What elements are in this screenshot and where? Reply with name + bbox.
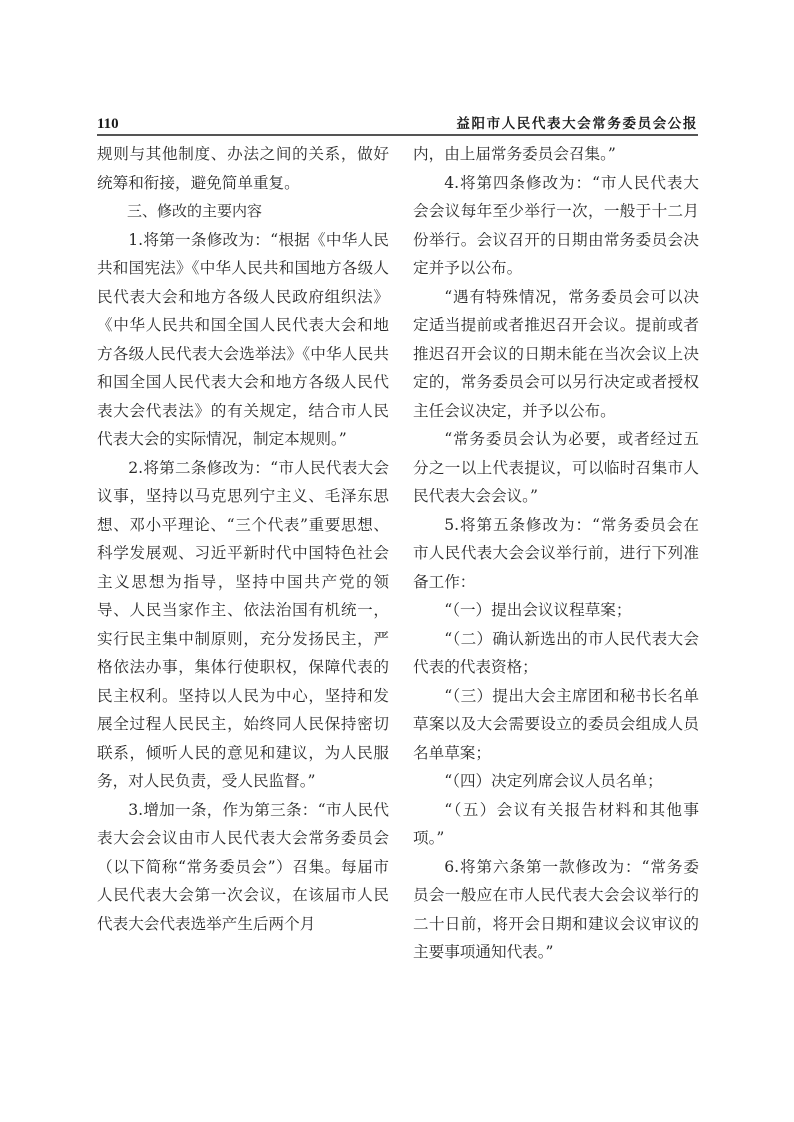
page-header: 110 益阳市人民代表大会常务委员会公报 (97, 116, 698, 136)
paragraph-continuation: 内，由上届常务委员会召集。” (413, 140, 699, 169)
paragraph-item-4: 4.将第四条修改为：“市人民代表大会会议每年至少举行一次，一般于十二月份举行。会… (413, 169, 699, 283)
list-item-5-5: “（五）会议有关报告材料和其他事项。” (413, 796, 699, 853)
list-item-5-3: “（三）提出大会主席团和秘书长名单草案以及大会需要设立的委员会组成人员名单草案； (413, 682, 699, 768)
paragraph-item-4-clause-2: “遇有特殊情况，常务委员会可以决定适当提前或者推迟召开会议。提前或者推迟召开会议… (413, 283, 699, 426)
paragraph-item-2: 2.将第二条修改为：“市人民代表大会议事，坚持以马克思列宁主义、毛泽东思想、邓小… (97, 454, 389, 796)
list-item-5-1: “（一）提出会议议程草案； (413, 596, 699, 625)
paragraph-item-1: 1.将第一条修改为：“根据《中华人民共和国宪法》《中华人民共和国地方各级人民代表… (97, 226, 389, 454)
paragraph-continuation: 规则与其他制度、办法之间的关系，做好统筹和衔接，避免简单重复。 (97, 140, 389, 197)
paragraph-item-5: 5.将第五条修改为：“常务委员会在市人民代表大会会议举行前，进行下列准备工作： (413, 511, 699, 597)
journal-title: 益阳市人民代表大会常务委员会公报 (456, 116, 698, 132)
list-item-5-2: “（二）确认新选出的市人民代表大会代表的代表资格； (413, 625, 699, 682)
left-column: 规则与其他制度、办法之间的关系，做好统筹和衔接，避免简单重复。 三、修改的主要内… (97, 140, 389, 938)
right-column: 内，由上届常务委员会召集。” 4.将第四条修改为：“市人民代表大会会议每年至少举… (413, 140, 699, 967)
list-item-5-4: “（四）决定列席会议人员名单； (413, 767, 699, 796)
paragraph-item-3: 3.增加一条，作为第三条：“市人民代表大会会议由市人民代表大会常务委员会（以下简… (97, 796, 389, 939)
section-heading: 三、修改的主要内容 (97, 197, 389, 226)
paragraph-item-6: 6.将第六条第一款修改为：“常务委员会一般应在市人民代表大会会议举行的二十日前，… (413, 853, 699, 967)
paragraph-item-4-clause-3: “常务委员会认为必要，或者经过五分之一以上代表提议，可以临时召集市人民代表大会会… (413, 425, 699, 511)
page-number: 110 (97, 116, 119, 132)
